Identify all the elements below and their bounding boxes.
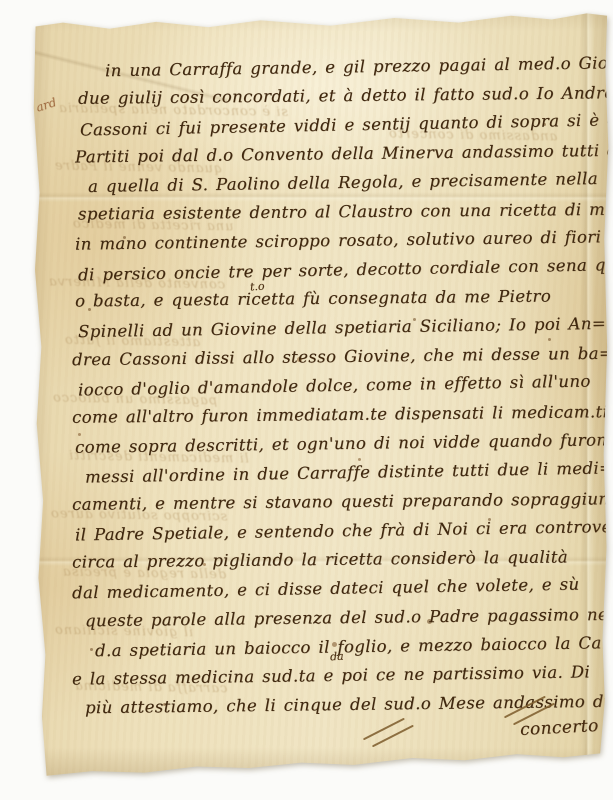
ink-speck-cluster bbox=[28, 8, 31, 11]
manuscript-paper-sheet: si è concordato nella spetiariaquando ve… bbox=[28, 8, 610, 778]
scanned-document-background: si è concordato nella spetiariaquando ve… bbox=[0, 0, 613, 800]
interline-insertion: t.o bbox=[250, 280, 265, 294]
catchword: concerto bbox=[520, 716, 600, 740]
interline-insertion: da bbox=[330, 650, 344, 664]
marginal-note: ard bbox=[34, 95, 58, 115]
manuscript-sheet-wrapper: si è concordato nella spetiariaquando ve… bbox=[0, 0, 613, 800]
flourish-double-slash bbox=[361, 728, 421, 754]
